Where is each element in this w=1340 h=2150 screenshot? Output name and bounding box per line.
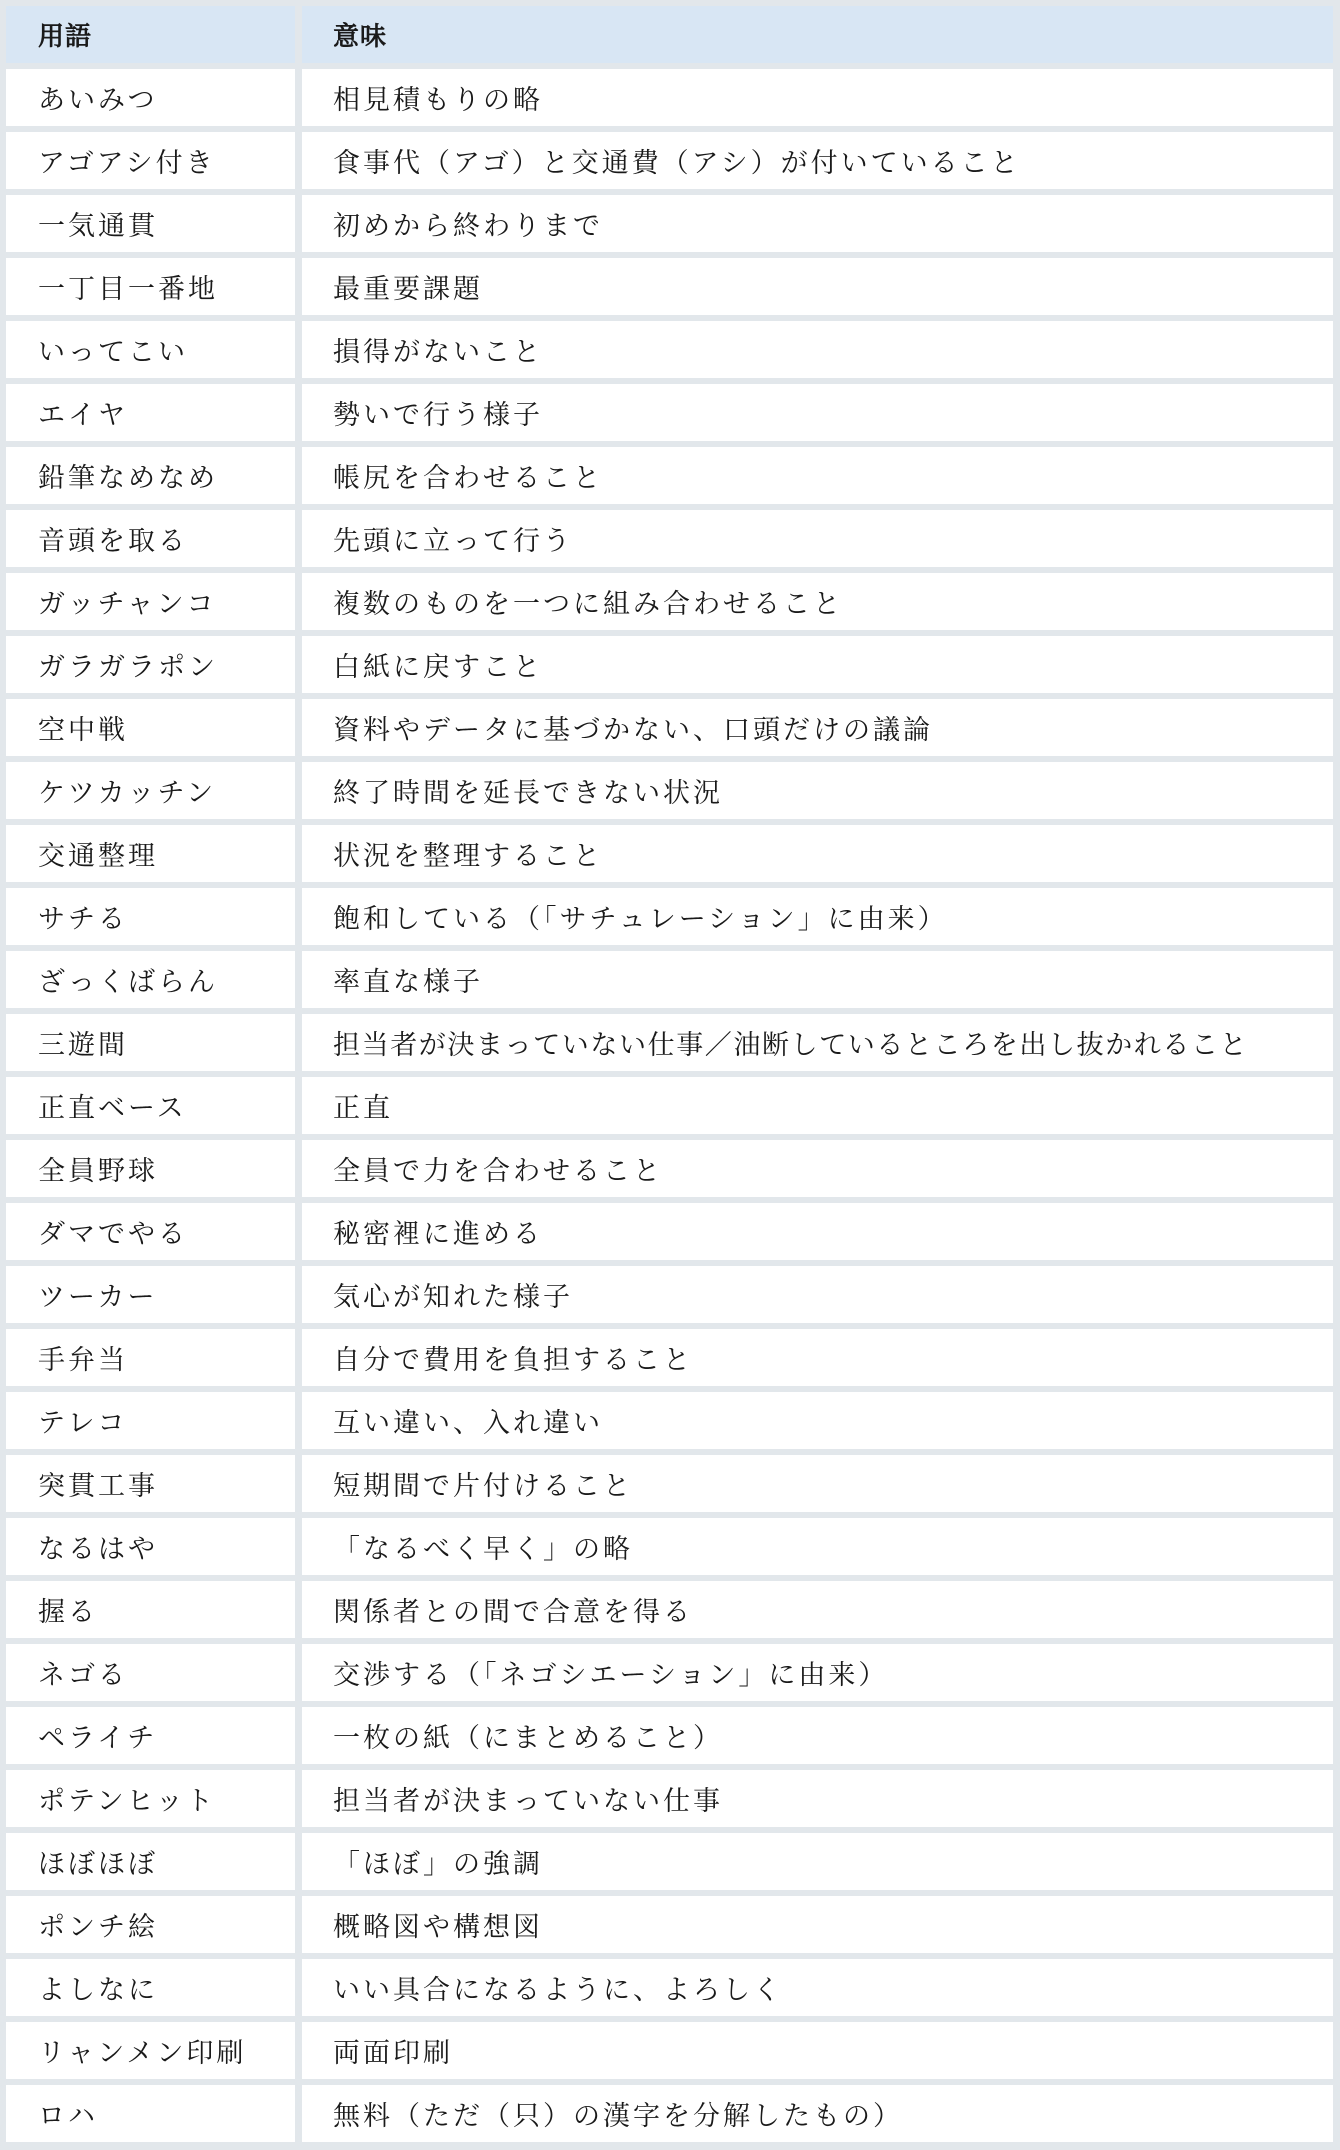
meaning-cell: 概略図や構想図 xyxy=(302,1896,1333,1953)
term-cell: 交通整理 xyxy=(6,825,295,882)
glossary-table: 用語 意味 あいみつ 相見積もりの略 アゴアシ付き 食事代（アゴ）と交通費（アシ… xyxy=(6,6,1333,2142)
meaning-cell: 終了時間を延長できない状況 xyxy=(302,762,1333,819)
header-term: 用語 xyxy=(6,6,295,63)
term-cell: 正直ベース xyxy=(6,1077,295,1134)
meaning-cell: 相見積もりの略 xyxy=(302,69,1333,126)
meaning-cell: 率直な様子 xyxy=(302,951,1333,1008)
term-cell: ケツカッチン xyxy=(6,762,295,819)
term-cell: いってこい xyxy=(6,321,295,378)
meaning-cell: 秘密裡に進める xyxy=(302,1203,1333,1260)
term-cell: あいみつ xyxy=(6,69,295,126)
term-cell: 突貫工事 xyxy=(6,1455,295,1512)
term-cell: ガラガラポン xyxy=(6,636,295,693)
term-cell: 手弁当 xyxy=(6,1329,295,1386)
term-cell: ネゴる xyxy=(6,1644,295,1701)
meaning-cell: 勢いで行う様子 xyxy=(302,384,1333,441)
term-cell: アゴアシ付き xyxy=(6,132,295,189)
term-cell: 握る xyxy=(6,1581,295,1638)
term-cell: 一丁目一番地 xyxy=(6,258,295,315)
meaning-cell: 損得がないこと xyxy=(302,321,1333,378)
meaning-cell: 「なるべく早く」の略 xyxy=(302,1518,1333,1575)
term-cell: 一気通貫 xyxy=(6,195,295,252)
term-cell: エイヤ xyxy=(6,384,295,441)
term-cell: ポンチ絵 xyxy=(6,1896,295,1953)
term-cell: ポテンヒット xyxy=(6,1770,295,1827)
meaning-cell: 互い違い、入れ違い xyxy=(302,1392,1333,1449)
term-cell: ロハ xyxy=(6,2085,295,2142)
term-cell: なるはや xyxy=(6,1518,295,1575)
meaning-cell: 気心が知れた様子 xyxy=(302,1266,1333,1323)
term-cell: ツーカー xyxy=(6,1266,295,1323)
term-cell: テレコ xyxy=(6,1392,295,1449)
meaning-cell: 両面印刷 xyxy=(302,2022,1333,2079)
term-cell: ざっくばらん xyxy=(6,951,295,1008)
meaning-cell: 初めから終わりまで xyxy=(302,195,1333,252)
meaning-cell: 自分で費用を負担すること xyxy=(302,1329,1333,1386)
term-cell: 鉛筆なめなめ xyxy=(6,447,295,504)
meaning-cell: 複数のものを一つに組み合わせること xyxy=(302,573,1333,630)
term-cell: 全員野球 xyxy=(6,1140,295,1197)
meaning-cell: 最重要課題 xyxy=(302,258,1333,315)
meaning-cell: 一枚の紙（にまとめること） xyxy=(302,1707,1333,1764)
term-cell: サチる xyxy=(6,888,295,945)
meaning-cell: 正直 xyxy=(302,1077,1333,1134)
meaning-cell: 「ほぼ」の強調 xyxy=(302,1833,1333,1890)
meaning-cell: 飽和している（「サチュレーション」に由来） xyxy=(302,888,1333,945)
term-cell: リャンメン印刷 xyxy=(6,2022,295,2079)
meaning-cell: 関係者との間で合意を得る xyxy=(302,1581,1333,1638)
term-cell: ガッチャンコ xyxy=(6,573,295,630)
meaning-cell: 短期間で片付けること xyxy=(302,1455,1333,1512)
term-cell: ほぼほぼ xyxy=(6,1833,295,1890)
term-cell: ペライチ xyxy=(6,1707,295,1764)
term-cell: よしなに xyxy=(6,1959,295,2016)
meaning-cell: 先頭に立って行う xyxy=(302,510,1333,567)
meaning-cell: いい具合になるように、よろしく xyxy=(302,1959,1333,2016)
meaning-cell: 白紙に戻すこと xyxy=(302,636,1333,693)
term-cell: ダマでやる xyxy=(6,1203,295,1260)
meaning-cell: 無料（ただ（只）の漢字を分解したもの） xyxy=(302,2085,1333,2142)
term-cell: 三遊間 xyxy=(6,1014,295,1071)
meaning-cell: 状況を整理すること xyxy=(302,825,1333,882)
meaning-cell: 交渉する（「ネゴシエーション」に由来） xyxy=(302,1644,1333,1701)
term-cell: 空中戦 xyxy=(6,699,295,756)
meaning-cell: 帳尻を合わせること xyxy=(302,447,1333,504)
meaning-cell: 全員で力を合わせること xyxy=(302,1140,1333,1197)
header-meaning: 意味 xyxy=(302,6,1333,63)
meaning-cell: 担当者が決まっていない仕事／油断しているところを出し抜かれること xyxy=(302,1014,1333,1071)
meaning-cell: 食事代（アゴ）と交通費（アシ）が付いていること xyxy=(302,132,1333,189)
meaning-cell: 資料やデータに基づかない、口頭だけの議論 xyxy=(302,699,1333,756)
term-cell: 音頭を取る xyxy=(6,510,295,567)
meaning-cell: 担当者が決まっていない仕事 xyxy=(302,1770,1333,1827)
